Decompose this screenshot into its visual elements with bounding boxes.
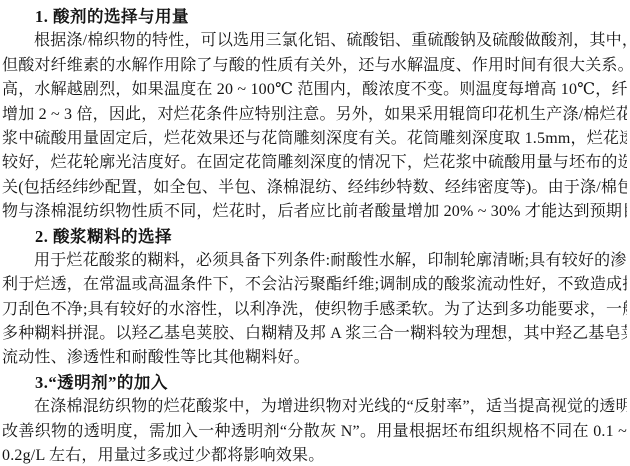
section-paste-selection: 2. 酸浆糊料的选择 用于烂花酸浆的糊料，必须具备下列条件:耐酸性水解，印制轮廓… xyxy=(2,225,627,371)
text-line: 改善织物的透明度，需加入一种透明剂“分散灰 N”。用量根据坯布组织规格不同在 0… xyxy=(2,420,627,444)
text-line: 刀刮色不净;具有较好的水溶性，以利净洗，使织物手感柔软。为了达到多功能要求，一般… xyxy=(2,298,627,322)
section-acid-selection: 1. 酸剂的选择与用量 根据涤/棉织物的特性，可以选用三氯化铝、硫酸铝、重硫酸钠… xyxy=(2,5,627,225)
section-1-heading: 1. 酸剂的选择与用量 xyxy=(2,5,627,29)
section-2-heading: 2. 酸浆糊料的选择 xyxy=(2,225,627,249)
text-line: 浆中硫酸用量固定后，烂花效果还与花筒雕刻深度有关。花筒雕刻深度取 1.5mm，烂… xyxy=(2,127,627,151)
text-line: 流动性、渗透性和耐酸性等比其他糊料好。 xyxy=(2,346,627,370)
text-line: 高，水解越剧烈，如果温度在 20 ~ 100℃ 范围内，酸浓度不变。则温度每增高… xyxy=(2,78,627,102)
text-line: 根据涤/棉织物的特性，可以选用三氯化铝、硫酸铝、重硫酸钠及硫酸做酸剂，其中，硫酸… xyxy=(2,29,627,53)
text-line: 但酸对纤维素的水解作用除了与酸的性质有关外，还与水解温度、作用时间有很大关系。温… xyxy=(2,54,627,78)
document-page: 1. 酸剂的选择与用量 根据涤/棉织物的特性，可以选用三氯化铝、硫酸铝、重硫酸钠… xyxy=(0,0,630,466)
text-line: 用于烂花酸浆的糊料，必须具备下列条件:耐酸性水解，印制轮廓清晰;具有较好的渗透性… xyxy=(2,249,627,273)
text-line: 关(包括经纬纱配置，如全包、半包、涤棉混纺、经纬纱特数、经纬密度等)。由于涤/棉… xyxy=(2,176,627,200)
text-line: 利于烂透，在常温或高温条件下，不会沾污聚酯纤维;调制成的酸浆流动性好，不致造成拖… xyxy=(2,273,627,297)
section-transparent-agent: 3.“透明剂”的加入 在涤棉混纺织物的烂花酸浆中，为增进织物对光线的“反射率”，… xyxy=(2,371,627,466)
section-3-heading: 3.“透明剂”的加入 xyxy=(2,371,627,395)
text-line: 增加 2 ~ 3 倍，因此，对烂花条件应特别注意。另外，如果采用辊筒印花机生产涤… xyxy=(2,103,627,127)
text-line: 较好，烂花轮廓光洁度好。在固定花筒雕刻深度的情况下，烂花浆中硫酸用量与坯布的选择… xyxy=(2,151,627,175)
text-line: 0.2g/L 左右，用量过多或过少都将影响效果。 xyxy=(2,444,627,466)
text-line: 多种糊料拼混。以羟乙基皂荚胶、白糊精及邦 A 浆三合一糊料较为理想，其中羟乙基皂… xyxy=(2,322,627,346)
text-line: 物与涤棉混纺织物性质不同，烂花时，后者应比前者酸量增加 20% ~ 30% 才能… xyxy=(2,200,627,224)
text-line: 在涤棉混纺织物的烂花酸浆中，为增进织物对光线的“反射率”，适当提高视觉的透明感， xyxy=(2,395,627,419)
